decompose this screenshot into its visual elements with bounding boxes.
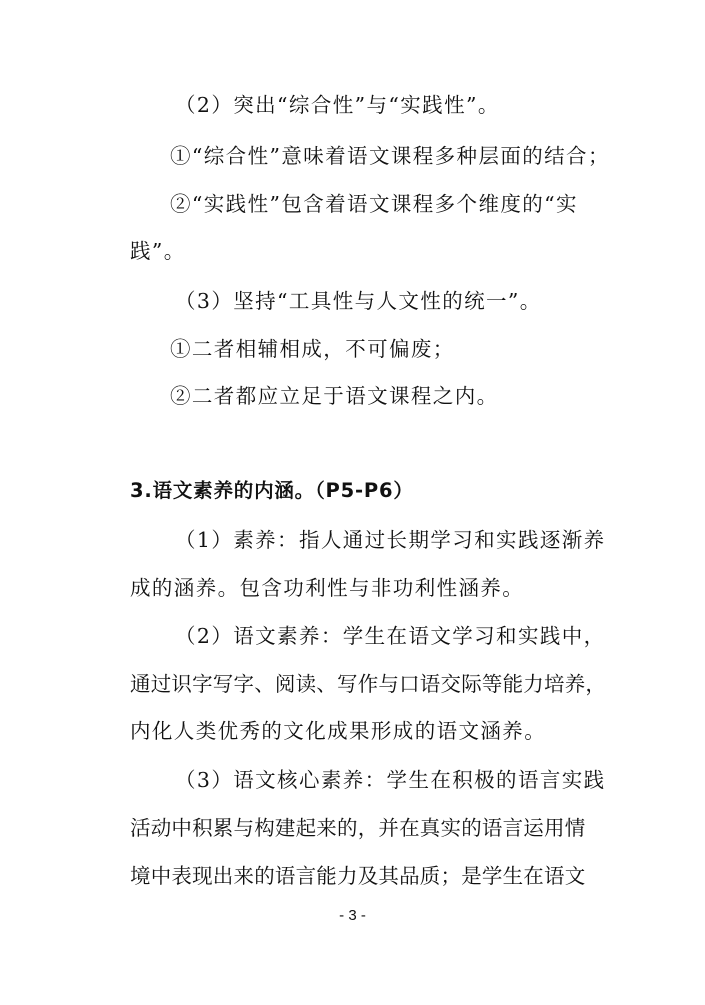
paragraph-line: ①“综合性”意味着语文课程多种层面的结合； — [170, 139, 610, 169]
paragraph-line: 活动中积累与构建起来的，并在真实的语言运用情 — [130, 811, 585, 841]
paragraph-line: 践”。 — [130, 234, 186, 264]
paragraph-line: （1）素养：指人通过长期学习和实践逐渐养 — [175, 523, 606, 553]
page-number: - 3 - — [0, 907, 705, 924]
paragraph-line: （2）突出“综合性”与“实践性”。 — [175, 88, 500, 118]
paragraph-line: ②“实践性”包含着语文课程多个维度的“实 — [170, 187, 578, 217]
paragraph-line: 境中表现出来的语言能力及其品质；是学生在语文 — [130, 859, 585, 889]
paragraph-line: （3）语文核心素养：学生在积极的语言实践 — [175, 763, 606, 793]
paragraph-line: （2）语文素养：学生在语文学习和实践中， — [175, 619, 606, 649]
paragraph-line: ②二者都应立足于语文课程之内。 — [170, 379, 499, 409]
paragraph-line: ①二者相辅相成，不可偏废； — [170, 332, 455, 362]
paragraph-line: 内化人类优秀的文化成果形成的语文涵养。 — [130, 714, 546, 744]
paragraph-line: （3）坚持“工具性与人文性的统一”。 — [175, 284, 542, 314]
section-heading: 3.语文素养的内涵。（P5-P6） — [130, 475, 414, 503]
paragraph-line: 通过识字写字、阅读、写作与口语交际等能力培养， — [130, 667, 606, 697]
paragraph-line: 成的涵养。包含功利性与非功利性涵养。 — [130, 571, 524, 601]
